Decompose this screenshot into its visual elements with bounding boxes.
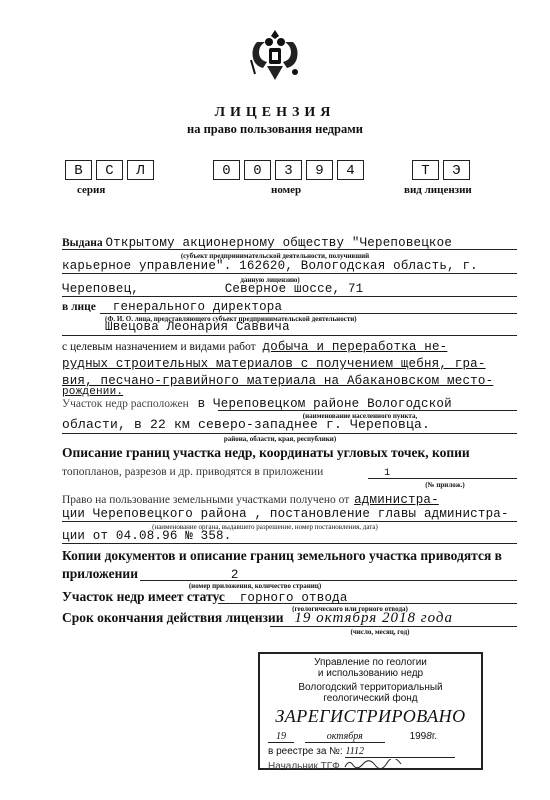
purpose-line2: рудных строительных материалов с получен… <box>62 357 517 371</box>
underline <box>100 313 517 314</box>
registration-stamp: Управление по геологии и использованию н… <box>258 652 483 770</box>
stamp-date-row: 19 октября 1998г. <box>268 731 478 743</box>
license-type-field: Т Э вид лицензии <box>412 160 474 196</box>
underline <box>218 410 517 411</box>
location-hint2: района, области, края, республики) <box>190 435 370 443</box>
location-line2: области, в 22 км северо-западнее г. Чере… <box>62 418 517 432</box>
stamp-registry-row: в реестре за №: 1112 <box>268 746 455 758</box>
number-digit: 9 <box>306 160 333 180</box>
represented-by-row: в лице генерального директора <box>62 300 517 314</box>
underline <box>140 580 517 581</box>
license-type-char: Э <box>443 160 470 180</box>
purpose-label: с целевым назначением и видами работ <box>62 341 256 353</box>
stamp-line3: Вологодский территориальный <box>260 682 481 693</box>
number-label: номер <box>271 184 368 196</box>
underline <box>62 543 517 544</box>
license-type-char: Т <box>412 160 439 180</box>
stamp-registry-number: 1112 <box>345 746 455 758</box>
number-digit: 4 <box>337 160 364 180</box>
number-digit: 0 <box>244 160 271 180</box>
boundaries-text2: топопланов, разрезов и др. приводятся в … <box>62 466 323 478</box>
coat-of-arms-icon <box>245 28 305 83</box>
series-char: В <box>65 160 92 180</box>
location-line1: в Череповецком районе Вологодской <box>198 397 452 411</box>
copies-text1: Копии документов и описание границ земел… <box>62 549 517 563</box>
purpose-line1: добыча и переработка не- <box>263 340 448 354</box>
issued-to-city: Череповец, <box>62 282 139 296</box>
stamp-line2: и использованию недр <box>260 668 481 679</box>
license-type-label: вид лицензии <box>404 184 474 196</box>
stamp-line4: геологический фонд <box>260 693 481 704</box>
expiry-row: Срок окончания действия лицензии 19 октя… <box>62 611 517 626</box>
represented-by-line2: Швецова Леонария Саввича <box>105 320 550 334</box>
issued-to-row: Выдана Открытому акционерному обществу "… <box>62 236 517 250</box>
land-rights-line1: администра- <box>354 493 439 507</box>
number-digit: 0 <box>213 160 240 180</box>
underline <box>62 296 517 297</box>
expiry-hint: (число, месяц, год) <box>330 628 430 636</box>
document-subtitle: на право пользования недрами <box>0 122 550 137</box>
underline <box>368 478 517 479</box>
issued-to-label: Выдана <box>62 237 103 249</box>
signature <box>343 759 453 770</box>
status-label: Участок недр имеет статус <box>62 589 225 604</box>
expiry-value: 19 октября 2018 года <box>294 610 453 626</box>
underline <box>62 521 517 522</box>
stamp-year-prefix: 199 <box>410 731 427 742</box>
stamp-head-label: Начальник ТГФ <box>268 761 340 772</box>
boundaries-hint: (№ прилож.) <box>415 481 475 489</box>
signature-icon <box>343 759 403 769</box>
document-title: ЛИЦЕНЗИЯ <box>0 105 550 121</box>
underline <box>62 249 517 250</box>
series-char: С <box>96 160 123 180</box>
expiry-label: Срок окончания действия лицензии <box>62 610 284 625</box>
underline <box>62 273 517 274</box>
issued-to-line3: Череповец, Северное шоссе, 71 <box>62 282 517 296</box>
represented-by-line1: генерального директора <box>113 300 282 314</box>
number-field: 0 0 3 9 4 номер <box>213 160 368 196</box>
stamp-day: 19 <box>268 731 294 743</box>
land-rights-line2: ции Череповецкого района , постановление… <box>62 507 517 521</box>
land-rights-label: Право на пользование земельными участкам… <box>62 494 349 506</box>
stamp-year-unit: г. <box>432 731 437 742</box>
copies-text2: приложении <box>62 566 138 581</box>
location-label: Участок недр расположен <box>62 398 189 410</box>
underline <box>62 433 517 434</box>
number-digit: 3 <box>275 160 302 180</box>
underline <box>62 335 517 336</box>
stamp-month: октября <box>305 731 385 743</box>
series-char: Л <box>127 160 154 180</box>
issued-to-line2: карьерное управление". 162620, Вологодск… <box>62 259 517 273</box>
land-rights-line3: ции от 04.08.96 № 358. <box>62 529 517 543</box>
underline <box>270 626 517 627</box>
purpose-row: с целевым назначением и видами работ доб… <box>62 340 517 354</box>
issued-to-street: Северное шоссе, 71 <box>225 282 364 296</box>
underline <box>218 603 517 604</box>
stamp-head-row: Начальник ТГФ <box>268 759 453 772</box>
issued-to-line1: Открытому акционерному обществу "Черепов… <box>105 236 452 250</box>
series-label: серия <box>77 184 158 196</box>
location-row: Участок недр расположен в Череповецком р… <box>62 397 517 411</box>
boundaries-text1: Описание границ участка недр, координаты… <box>62 446 517 460</box>
stamp-line1: Управление по геологии <box>260 657 481 668</box>
stamp-registry-label: в реестре за №: <box>268 746 343 757</box>
stamp-registered: ЗАРЕГИСТРИРОВАНО <box>260 706 481 727</box>
represented-by-label: в лице <box>62 301 96 313</box>
land-rights-row: Право на пользование земельными участкам… <box>62 493 517 507</box>
series-field: В С Л серия <box>65 160 158 196</box>
